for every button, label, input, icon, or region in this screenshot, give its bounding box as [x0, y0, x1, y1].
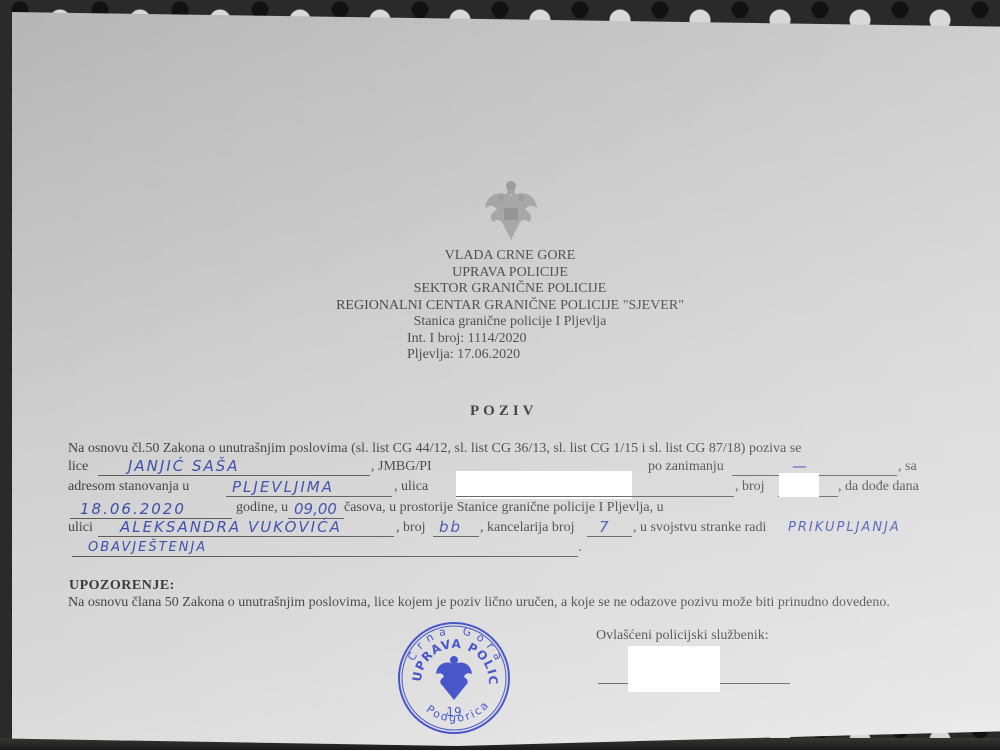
lice-label: lice — [68, 459, 88, 475]
header-line: VLADA CRNE GORE — [300, 248, 720, 265]
room-number-value: 7 — [599, 518, 611, 536]
godine-label: godine, u — [236, 500, 288, 516]
da-dodje-label: , da dođe dana — [838, 479, 919, 495]
end-period: . — [578, 540, 582, 556]
document-paper: VLADA CRNE GORE UPRAVA POLICIJE SEKTOR G… — [12, 12, 1000, 746]
svg-text:Crna Gora: Crna Gora — [405, 624, 507, 668]
ulica-label: , ulica — [394, 479, 428, 495]
name-value: JANJIĆ SAŠA — [128, 457, 240, 475]
header-line: REGIONALNI CENTAR GRANIČNE POLICIJE "SJE… — [300, 298, 720, 315]
street-field — [456, 478, 734, 497]
purpose-field-2: OBAVJEŠTENJA — [72, 538, 578, 557]
occupation-field: — — [732, 457, 897, 476]
officer-label: Ovlašćeni policijski službenik: — [596, 628, 769, 644]
city-field: PLJEVLJIMA — [226, 478, 392, 497]
redacted-officer-name — [628, 646, 720, 692]
warning-title: UPOZORENJE: — [69, 578, 175, 594]
house-number-field — [778, 478, 838, 497]
broj-label: , broj — [735, 479, 765, 495]
ulici-label: ulici — [68, 520, 93, 536]
occupation-value: — — [792, 457, 809, 475]
purpose-field-1: PRIKUPLJANJA — [788, 518, 928, 536]
casova-label: časova, u prostorije Stanice granične po… — [344, 500, 664, 516]
office-street-value: ALEKSANDRA VUKOVIĆA — [120, 518, 342, 536]
police-stamp-icon: Crna Gora UPRAVA POLICIJE Podgorica 19 — [393, 612, 515, 738]
purpose-value-1: PRIKUPLJANJA — [788, 520, 901, 535]
svg-text:Podgorica: Podgorica — [424, 698, 492, 725]
kancelarija-label: , kancelarija broj — [480, 520, 574, 536]
sa-label: , sa — [898, 459, 917, 475]
name-field: JANJIĆ SAŠA — [98, 457, 370, 476]
header-line: SEKTOR GRANIČNE POLICIJE — [300, 281, 720, 298]
office-number-value: bb — [439, 518, 462, 536]
header-line: UPRAVA POLICIJE — [300, 265, 720, 282]
redacted-jmbg — [456, 471, 632, 499]
svg-text:UPRAVA POLICIJE: UPRAVA POLICIJE — [393, 612, 500, 686]
city-value: PLJEVLJIMA — [232, 478, 334, 496]
broj2-label: , broj — [396, 520, 426, 536]
legal-basis-text: Na osnovu čl.50 Zakona o unutrašnjim pos… — [68, 441, 801, 457]
redacted-house-number — [779, 473, 819, 497]
signature-line — [598, 683, 790, 684]
place-date: Pljevlja: 17.06.2020 — [300, 347, 720, 364]
stamp-city: Podgorica — [424, 698, 492, 725]
time-value: 09,00 — [294, 500, 337, 518]
issuer-header: VLADA CRNE GORE UPRAVA POLICIJE SEKTOR G… — [300, 248, 720, 364]
stamp-outer-text: Crna Gora — [405, 624, 507, 668]
document-title: POZIV — [470, 403, 538, 420]
reference-number: Int. I broj: 1114/2020 — [300, 331, 720, 348]
svojstvo-label: , u svojstvu stranke radi — [633, 520, 766, 536]
stamp-number: 19 — [446, 705, 461, 719]
zanimanje-label: po zanimanju — [648, 459, 724, 475]
office-number-field: bb — [433, 518, 479, 537]
address-label: adresom stanovanja u — [68, 479, 189, 495]
date-field: 18.06.2020 — [70, 500, 232, 519]
summons-document: VLADA CRNE GORE UPRAVA POLICIJE SEKTOR G… — [0, 0, 1000, 746]
time-field: 09,00 — [288, 500, 344, 519]
purpose-value-2: OBAVJEŠTENJA — [88, 540, 207, 555]
jmbg-label: , JMBG/PI — [371, 459, 432, 475]
montenegro-coat-of-arms-icon — [481, 180, 541, 248]
stamp-inner-text: UPRAVA POLICIJE — [393, 612, 500, 686]
station-name: Stanica granične policije I Pljevlja — [300, 314, 720, 331]
office-street-field: ALEKSANDRA VUKOVIĆA — [98, 518, 394, 537]
date-value: 18.06.2020 — [80, 500, 186, 518]
warning-text: Na osnovu člana 50 Zakona o unutrašnjim … — [68, 593, 928, 613]
room-number-field: 7 — [587, 518, 632, 537]
